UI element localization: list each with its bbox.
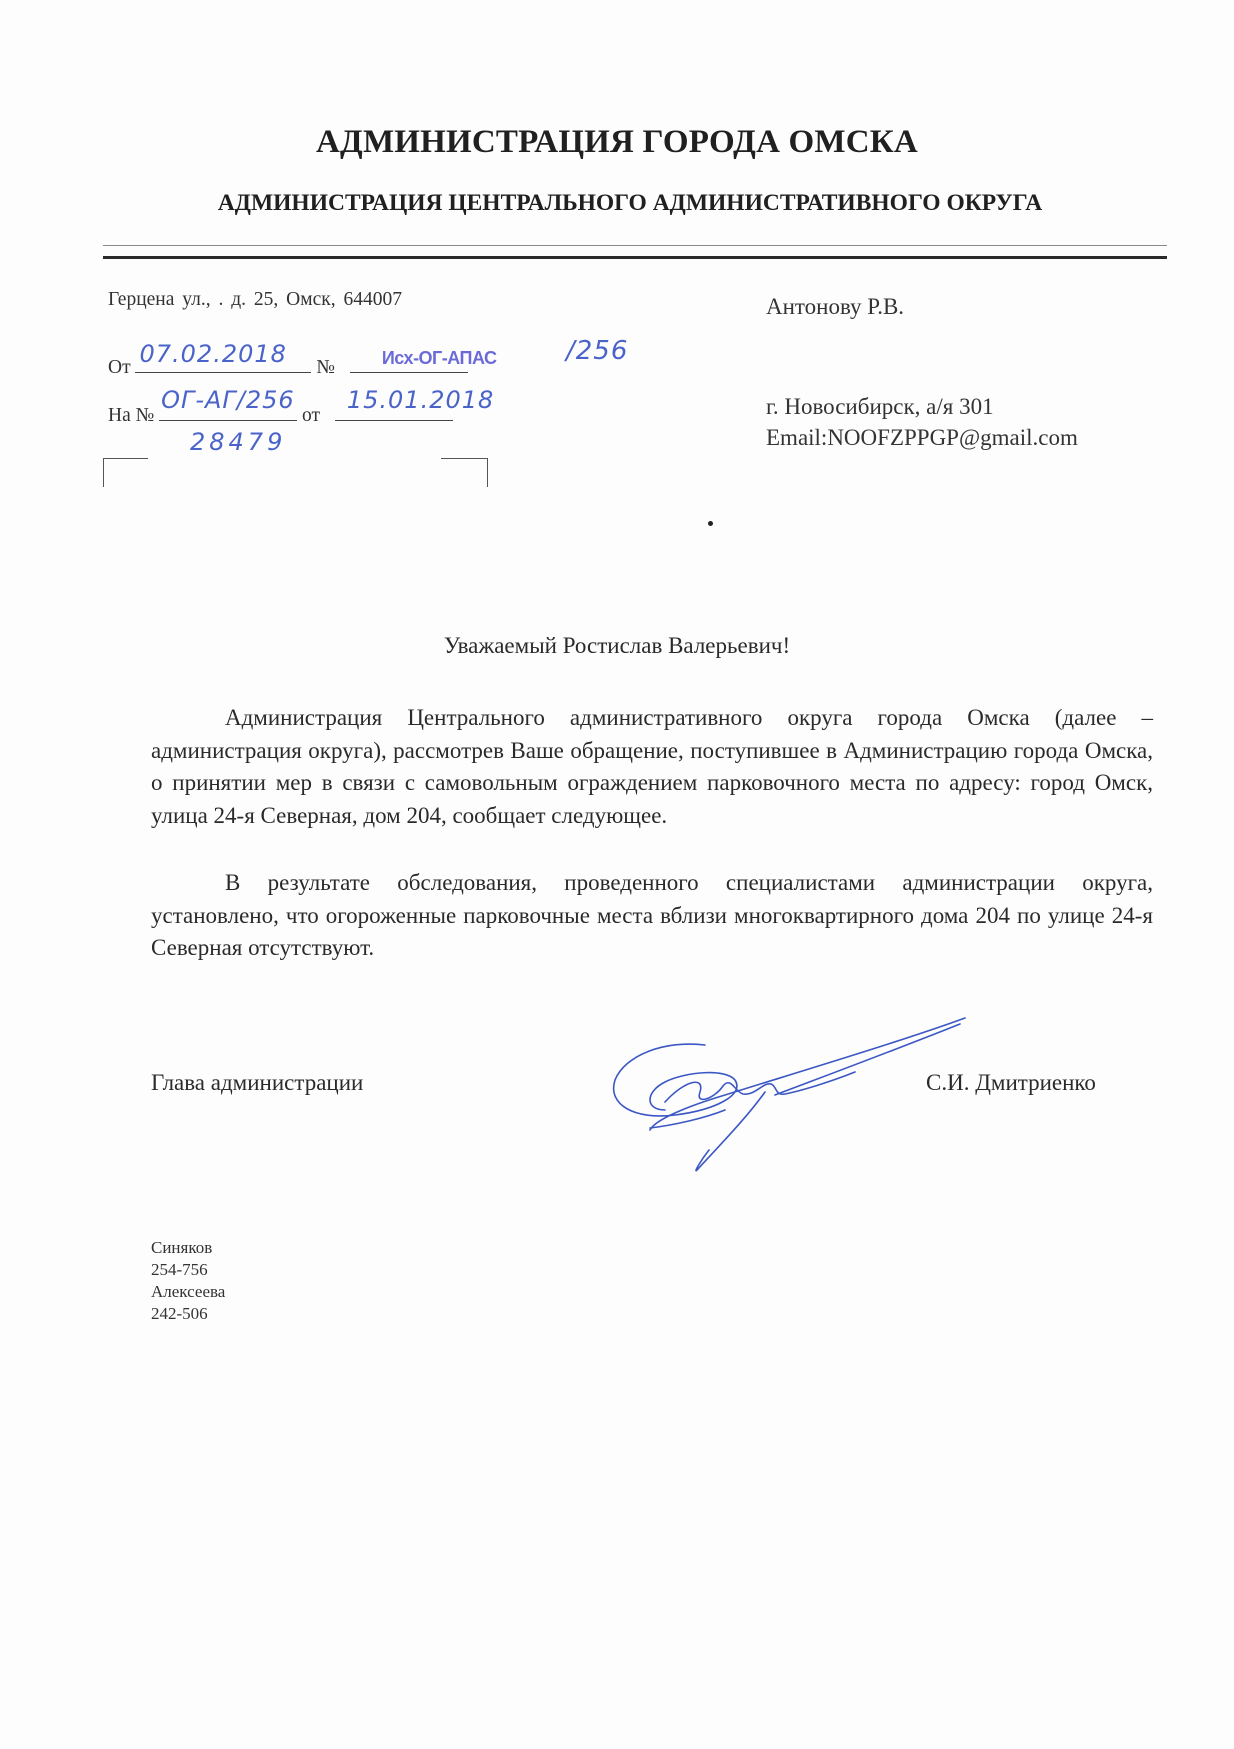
salutation: Уважаемый Ростислав Валерьевич! [0,633,1234,659]
recipient-name: Антонову Р.В. [766,294,904,320]
outgoing-number-handwritten: /256 [566,336,628,366]
letterhead-subtitle: АДМИНИСТРАЦИЯ ЦЕНТРАЛЬНОГО АДМИНИСТРАТИВ… [100,190,1160,217]
reply-date: 15.01.2018 [347,386,494,414]
letterhead-title: АДМИНИСТРАЦИЯ ГОРОДА ОМСКА [0,124,1234,161]
outgoing-number-stamp: Исх-ОГ-АПАС [382,348,497,369]
header-divider-thin [103,245,1167,246]
reply-label: На № [108,405,154,426]
outgoing-number-field: Исх-ОГ-АПАС [350,352,468,373]
executors-block: Синяков 254-756 Алексеева 242-506 [151,1237,225,1325]
from-label: От [108,357,131,378]
reference-outgoing: От 07.02.2018 № Исх-ОГ-АПАС /256 [108,352,468,379]
address-window-corner-left [103,458,148,487]
sender-address: Герцена ул., . д. 25, Омск, 644007 [108,289,402,311]
executor-2-phone: 242-506 [151,1303,225,1325]
header-divider-thick [103,256,1167,259]
registration-number: 28479 [190,428,286,456]
signatory-name: С.И. Дмитриенко [926,1070,1096,1096]
executor-2-name: Алексеева [151,1281,225,1303]
reference-incoming: На № ОГ-АГ/256 от 15.01.2018 [108,400,453,427]
executor-1-phone: 254-756 [151,1259,225,1281]
signatory-position: Глава администрации [151,1070,363,1096]
reply-date-label: от [302,405,320,426]
reply-date-field: 15.01.2018 [335,400,453,421]
number-label: № [316,357,335,378]
reply-number-field: ОГ-АГ/256 [159,400,297,421]
handwritten-signature [605,1010,975,1185]
reply-number: ОГ-АГ/256 [161,386,295,414]
address-window-corner-right [441,458,488,487]
executor-1-name: Синяков [151,1237,225,1259]
from-date-field: 07.02.2018 [135,352,311,373]
scan-dot [708,521,713,526]
recipient-email: Email:NOOFZPPGP@gmail.com [766,425,1078,451]
body-paragraph-1: Администрация Центрального административ… [151,702,1153,832]
body-paragraph-2: В результате обследования, проведенного … [151,867,1153,965]
from-date: 07.02.2018 [139,340,286,368]
recipient-city: г. Новосибирск, а/я 301 [766,394,994,420]
